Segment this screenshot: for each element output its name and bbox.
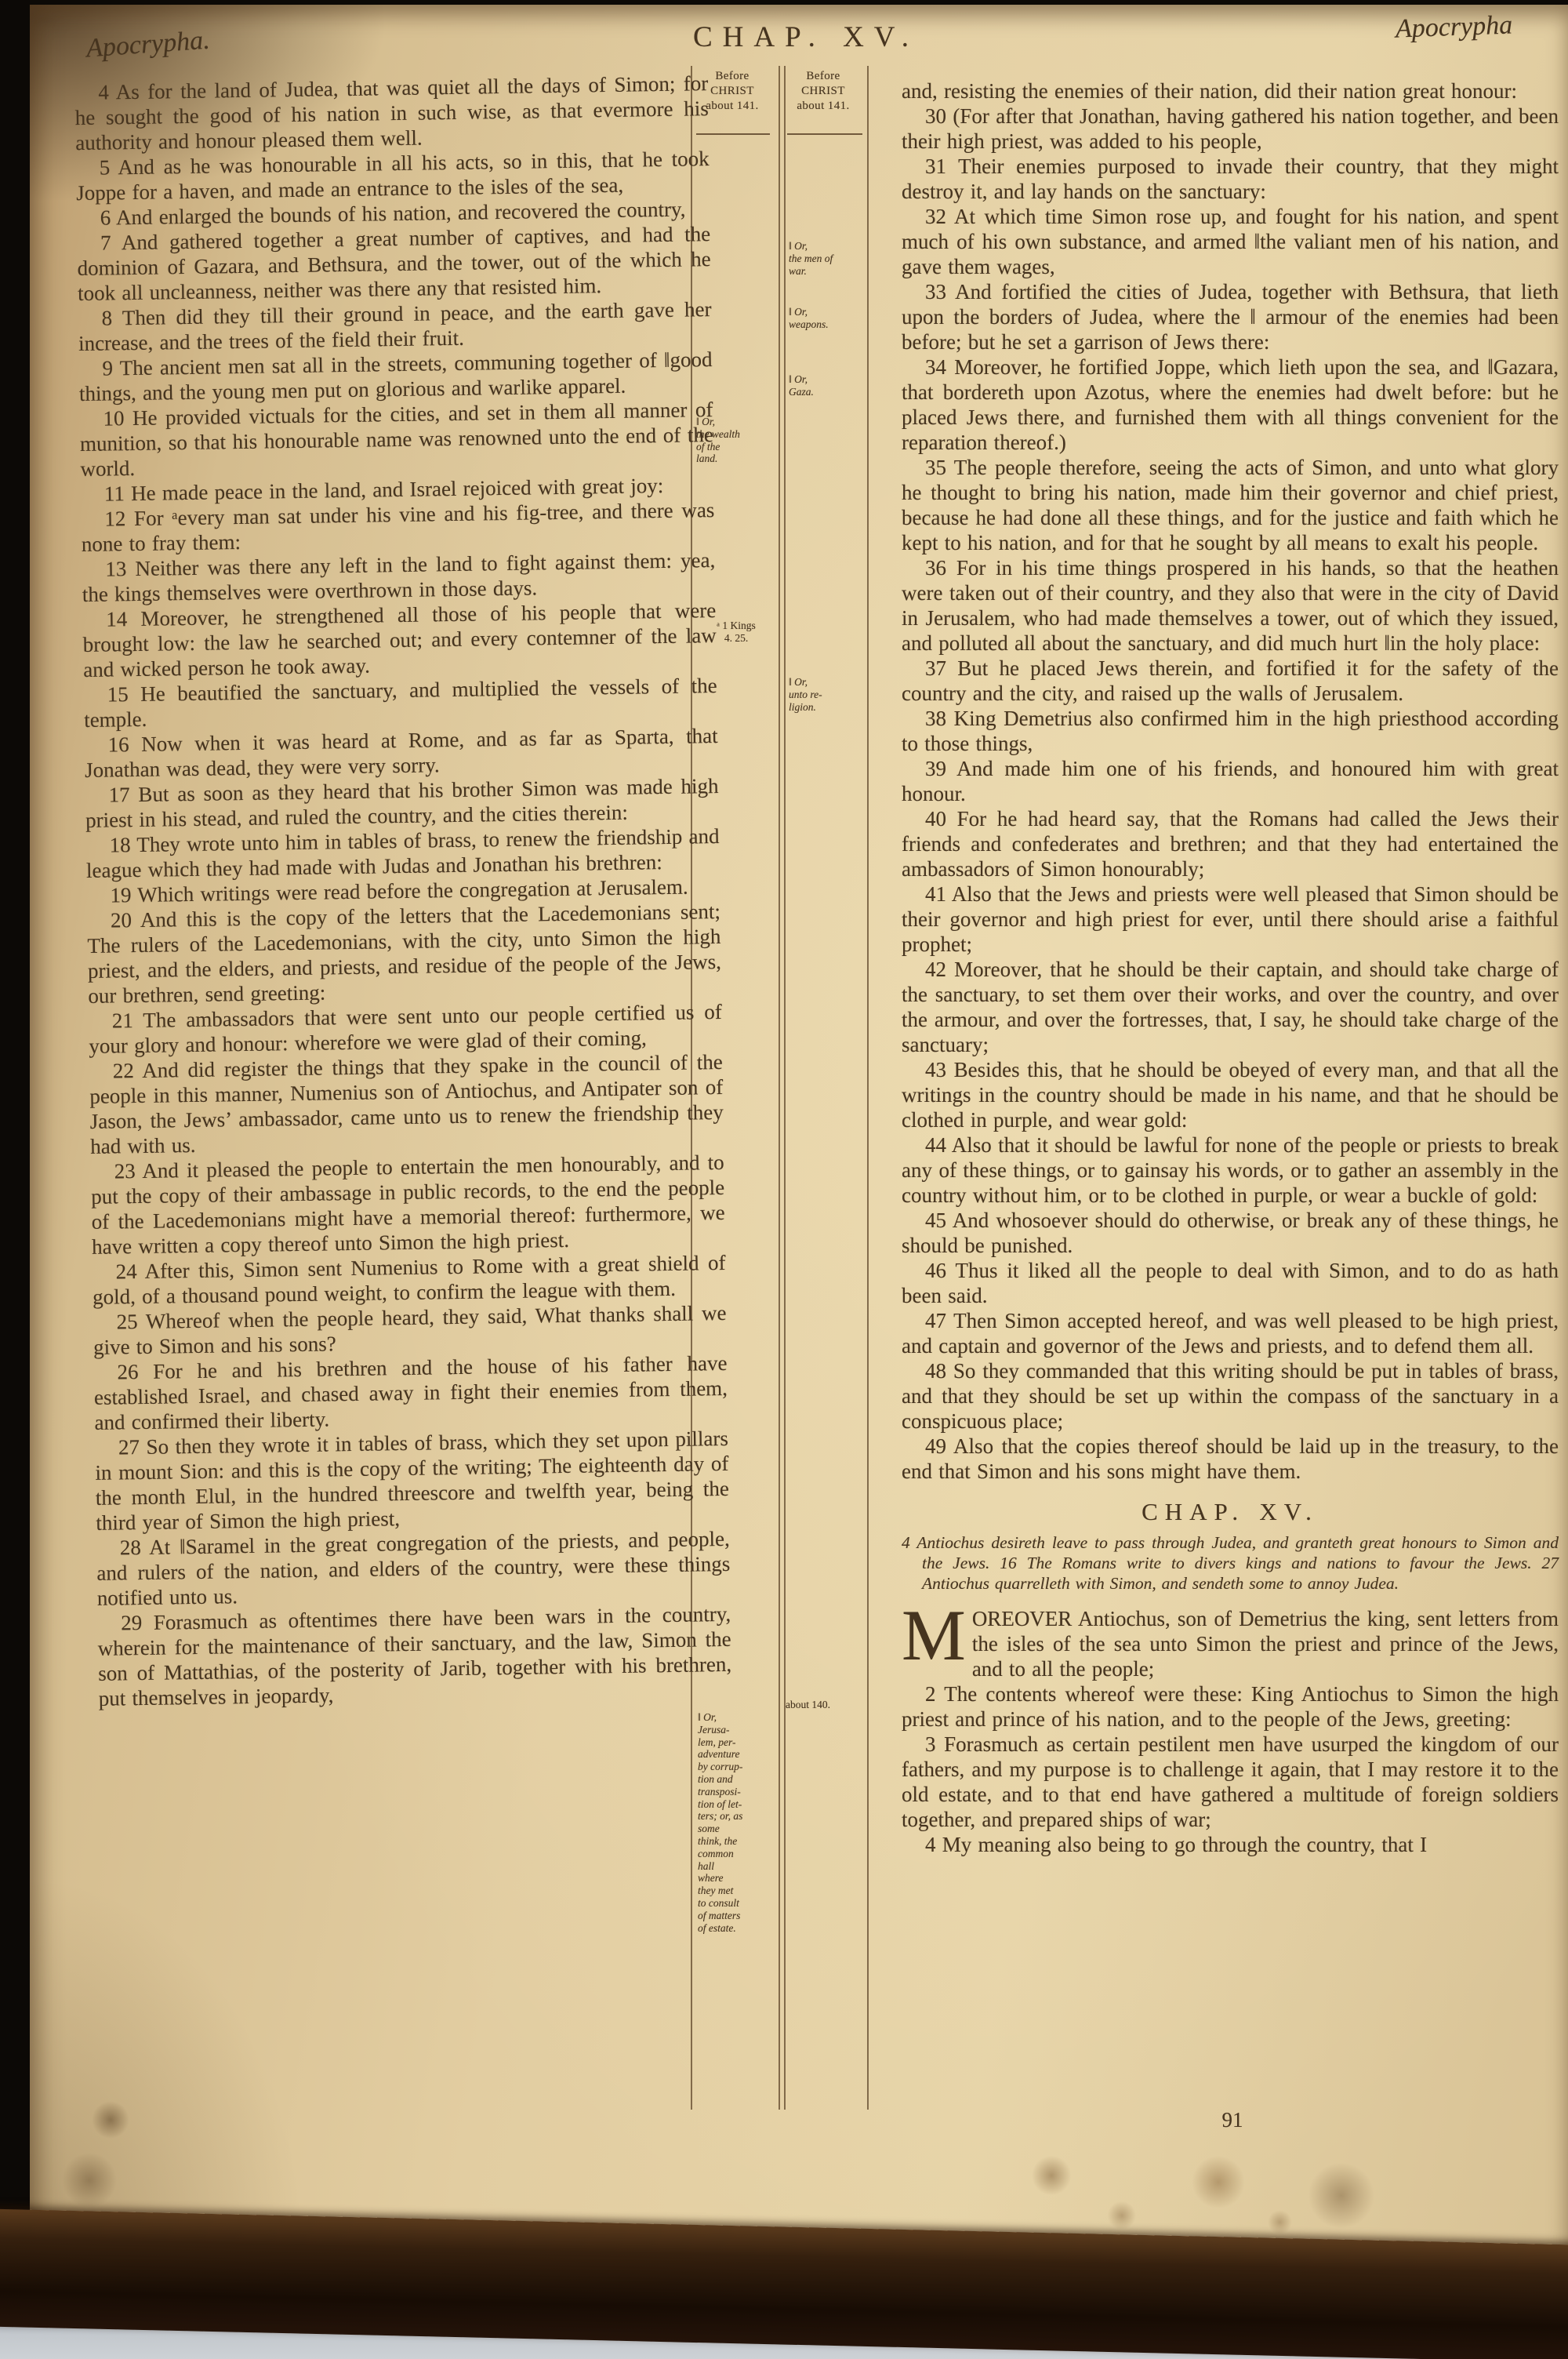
margin-note: ᵃ 1 Kings 4. 25. <box>696 620 776 645</box>
right-text-column: and, resisting the enemies of their nati… <box>902 78 1559 1857</box>
verse-14-20: 20 And this is the copy of the letters t… <box>87 899 722 1009</box>
verse-14-23: 23 And it pleased the people to entertai… <box>90 1150 725 1259</box>
verse-14-28: 28 At ‖Saramel in the great congregation… <box>96 1526 731 1611</box>
verse-14-32: 32 At which time Simon rose up, and foug… <box>902 204 1559 279</box>
left-text-column: 4 As for the land of Judea, that was qui… <box>74 71 732 1711</box>
verse-14-27: 27 So then they wrote it in tables of br… <box>95 1426 730 1536</box>
stain <box>61 2059 202 2232</box>
verse-14-45: 45 And whosoever should do otherwise, or… <box>902 1208 1559 1258</box>
verse-15-1-text: OREOVER Antiochus, son of Demetrius the … <box>972 1607 1559 1681</box>
margin-note: ‖ Or, the wealth of the land. <box>696 416 776 465</box>
verse-15-4-partial: 4 My meaning also being to go through th… <box>902 1832 1559 1857</box>
verse-14-12: 12 For ᵃevery man sat under his vine and… <box>81 497 715 557</box>
verse-14-35: 35 The people therefore, seeing the acts… <box>902 455 1559 555</box>
page: Apocrypha. CHAP. XV. Apocrypha Before CH… <box>30 5 1568 2263</box>
verse-14-48: 48 So they commanded that this writing s… <box>902 1358 1559 1434</box>
verse-14-44: 44 Also that it should be lawful for non… <box>902 1132 1559 1208</box>
verse-14-42: 42 Moreover, that he should be their cap… <box>902 957 1559 1057</box>
verse-14-41: 41 Also that the Jews and priests were w… <box>902 881 1559 957</box>
column-rule <box>867 66 869 2110</box>
column-rule <box>784 66 786 2110</box>
running-head-center: CHAP. XV. <box>626 20 986 54</box>
verse-14-8: 8 Then did they till their ground in pea… <box>78 296 712 356</box>
verse-14-33: 33 And fortified the cities of Judea, to… <box>902 279 1559 354</box>
verse-14-10: 10 He provided victuals for the cities, … <box>79 397 713 482</box>
running-head-right: Apocrypha <box>1395 10 1512 44</box>
verse-14-37: 37 But he placed Jews therein, and forti… <box>902 656 1559 706</box>
verse-14-15: 15 He beautified the sanctuary, and mult… <box>83 673 717 732</box>
verse-14-29: 29 Forasmuch as oftentimes there have be… <box>97 1601 732 1711</box>
verse-14-18: 18 They wrote unto him in tables of bras… <box>85 823 720 883</box>
page-number: 91 <box>1209 2108 1256 2132</box>
margin-note: about 140. <box>786 1699 866 1711</box>
verse-14-22: 22 And did register the things that they… <box>89 1049 724 1159</box>
chapter-15-summary: 4 Antiochus desireth leave to pass throu… <box>902 1532 1559 1594</box>
margin-note: ‖ Or, Jerusa- lem, per- adventure by cor… <box>698 1711 778 1934</box>
verse-14-39: 39 And made him one of his friends, and … <box>902 756 1559 806</box>
verse-14-5: 5 And as he was honourable in all his ac… <box>76 146 710 205</box>
verse-14-25: 25 Whereof when the people heard, they s… <box>93 1300 727 1360</box>
margin-note: ‖ Or, Gaza. <box>789 373 869 398</box>
chapter-15-heading: CHAP. XV. <box>902 1499 1559 1525</box>
rule <box>787 133 862 135</box>
margin-note: ‖ Or, unto re- ligion. <box>789 676 869 713</box>
verse-14-30: 30 (For after that Jonathan, having gath… <box>902 104 1559 154</box>
verse-14-49: 49 Also that the copies thereof should b… <box>902 1434 1559 1484</box>
margin-note: ‖ Or, the men of war. <box>789 240 869 277</box>
running-head-left: Apocrypha. <box>85 26 211 64</box>
verse-14-4: 4 As for the land of Judea, that was qui… <box>74 71 709 155</box>
drop-cap-initial: M <box>902 1606 972 1661</box>
verse-14-14: 14 Moreover, he strengthened all those o… <box>82 598 717 682</box>
photo-of-bible-page: Apocrypha. CHAP. XV. Apocrypha Before CH… <box>0 0 1568 2359</box>
rule <box>696 133 770 135</box>
margin-note: ‖ Or, weapons. <box>789 306 869 331</box>
column-rule <box>779 66 780 2110</box>
verse-15-2: 2 The contents whereof were these: King … <box>902 1681 1559 1732</box>
verse-14-47: 47 Then Simon accepted hereof, and was w… <box>902 1308 1559 1358</box>
verse-14-7: 7 And gathered together a great number o… <box>77 221 711 306</box>
verse-15-3: 3 Forasmuch as certain pestilent men hav… <box>902 1732 1559 1832</box>
verse-14-13: 13 Neither was there any left in the lan… <box>82 547 716 607</box>
verse-14-24: 24 After this, Simon sent Numenius to Ro… <box>92 1250 726 1310</box>
verse-14-17: 17 But as soon as they heard that his br… <box>85 773 719 833</box>
margin-heading-left: Before CHRIST about 141. <box>693 69 771 114</box>
verse-14-21: 21 The ambassadors that were sent unto o… <box>89 999 723 1059</box>
verse-14-34: 34 Moreover, he fortified Joppe, which l… <box>902 354 1559 455</box>
verse-14-36: 36 For in his time things prospered in h… <box>902 555 1559 656</box>
verse-14-43: 43 Besides this, that he should be obeye… <box>902 1057 1559 1132</box>
verse-14-31: 31 Their enemies purposed to invade thei… <box>902 154 1559 204</box>
verse-14-46: 46 Thus it liked all the people to deal … <box>902 1258 1559 1308</box>
verse-14-29-continued: and, resisting the enemies of their nati… <box>902 78 1559 104</box>
margin-heading-right: Before CHRIST about 141. <box>784 69 862 114</box>
verse-14-38: 38 King Demetrius also confirmed him in … <box>902 706 1559 756</box>
verse-14-40: 40 For he had heard say, that the Romans… <box>902 806 1559 881</box>
verse-14-9: 9 The ancient men sat all in the streets… <box>78 347 713 406</box>
verse-14-16: 16 Now when it was heard at Rome, and as… <box>84 723 718 783</box>
verse-14-26: 26 For he and his brethren and the house… <box>93 1350 728 1435</box>
verse-15-1: MOREOVER Antiochus, son of Demetrius the… <box>902 1606 1559 1681</box>
